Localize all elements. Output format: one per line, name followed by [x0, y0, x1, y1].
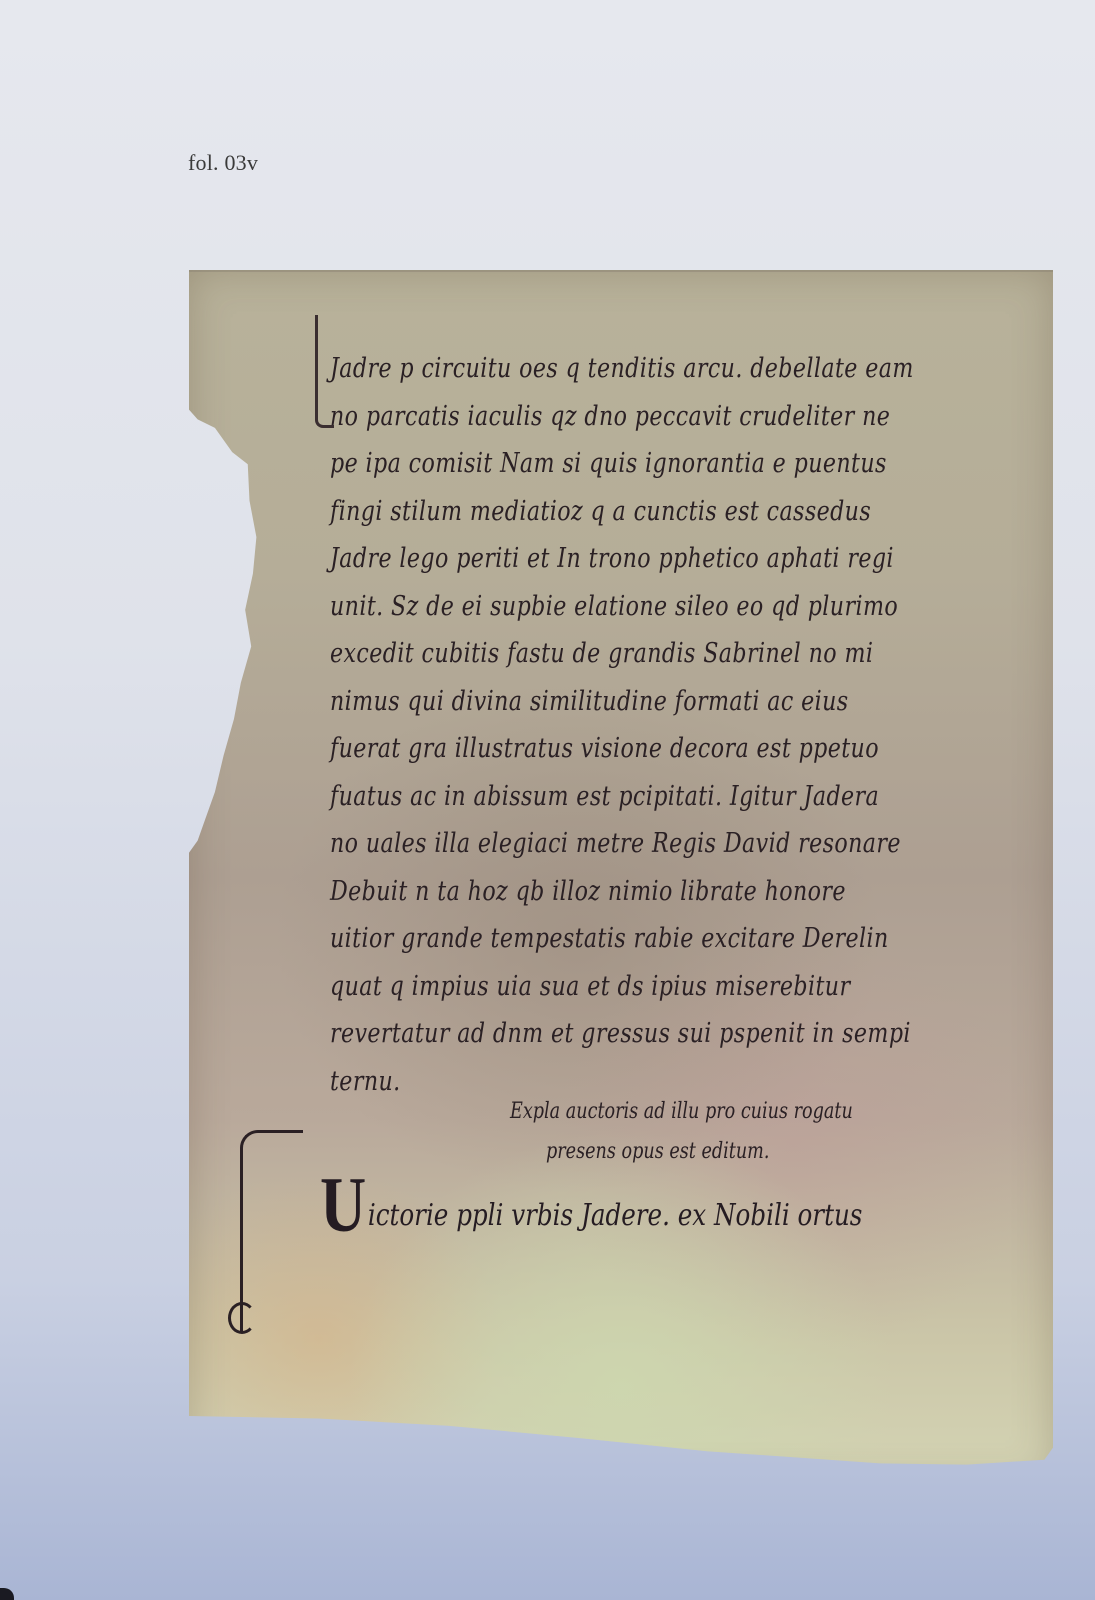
folio-label: fol. 03v — [188, 150, 258, 176]
manuscript-line: no uales illa elegiaci metre Regis David… — [330, 820, 888, 868]
manuscript-line: Debuit n ta hoz qb illoz nimio librate h… — [330, 868, 888, 916]
decorated-initial: U — [320, 1161, 366, 1248]
manuscript-line: uitior grande tempestatis rabie excitare… — [330, 915, 888, 963]
corner-shadow — [0, 1588, 14, 1600]
bracket-flourish-icon — [240, 1130, 303, 1333]
manuscript-line: unit. Sz de ei supbie elatione sileo eo … — [330, 583, 888, 631]
manuscript-line: quat q impius uia sua et ds ipius misere… — [330, 963, 888, 1011]
manuscript-line: fuatus ac in abissum est pcipitati. Igit… — [330, 773, 888, 821]
manuscript-text-block: Jadre p circuitu oes q tenditis arcu. de… — [330, 345, 1010, 1105]
manuscript-line: excedit cubitis fastu de grandis Sabrine… — [330, 630, 888, 678]
explicit-line: Expla auctoris ad illu pro cuius rogatu — [510, 1092, 853, 1132]
manuscript-line: nimus qui divina similitudine formati ac… — [330, 678, 888, 726]
bracket-curl-icon — [228, 1302, 256, 1334]
manuscript-line: Jadre p circuitu oes q tenditis arcu. de… — [330, 345, 888, 393]
plate-top-edge — [189, 270, 1053, 272]
manuscript-line: Jadre lego periti et In trono pphetico a… — [330, 535, 888, 583]
heading-text: ictorie ppli vrbis Jadere. ex Nobili ort… — [368, 1198, 863, 1233]
manuscript-line: fuerat gra illustratus visione decora es… — [330, 725, 888, 773]
heading-line: Uictorie ppli vrbis Jadere. ex Nobili or… — [320, 1160, 862, 1250]
manuscript-line: pe ipa comisit Nam si quis ignorantia e … — [330, 440, 888, 488]
manuscript-line: no parcatis iaculis qz dno peccavit crud… — [330, 393, 888, 441]
manuscript-line: revertatur ad dnm et gressus sui pspenit… — [330, 1010, 888, 1058]
manuscript-line: fingi stilum mediatioz q a cunctis est c… — [330, 488, 888, 536]
